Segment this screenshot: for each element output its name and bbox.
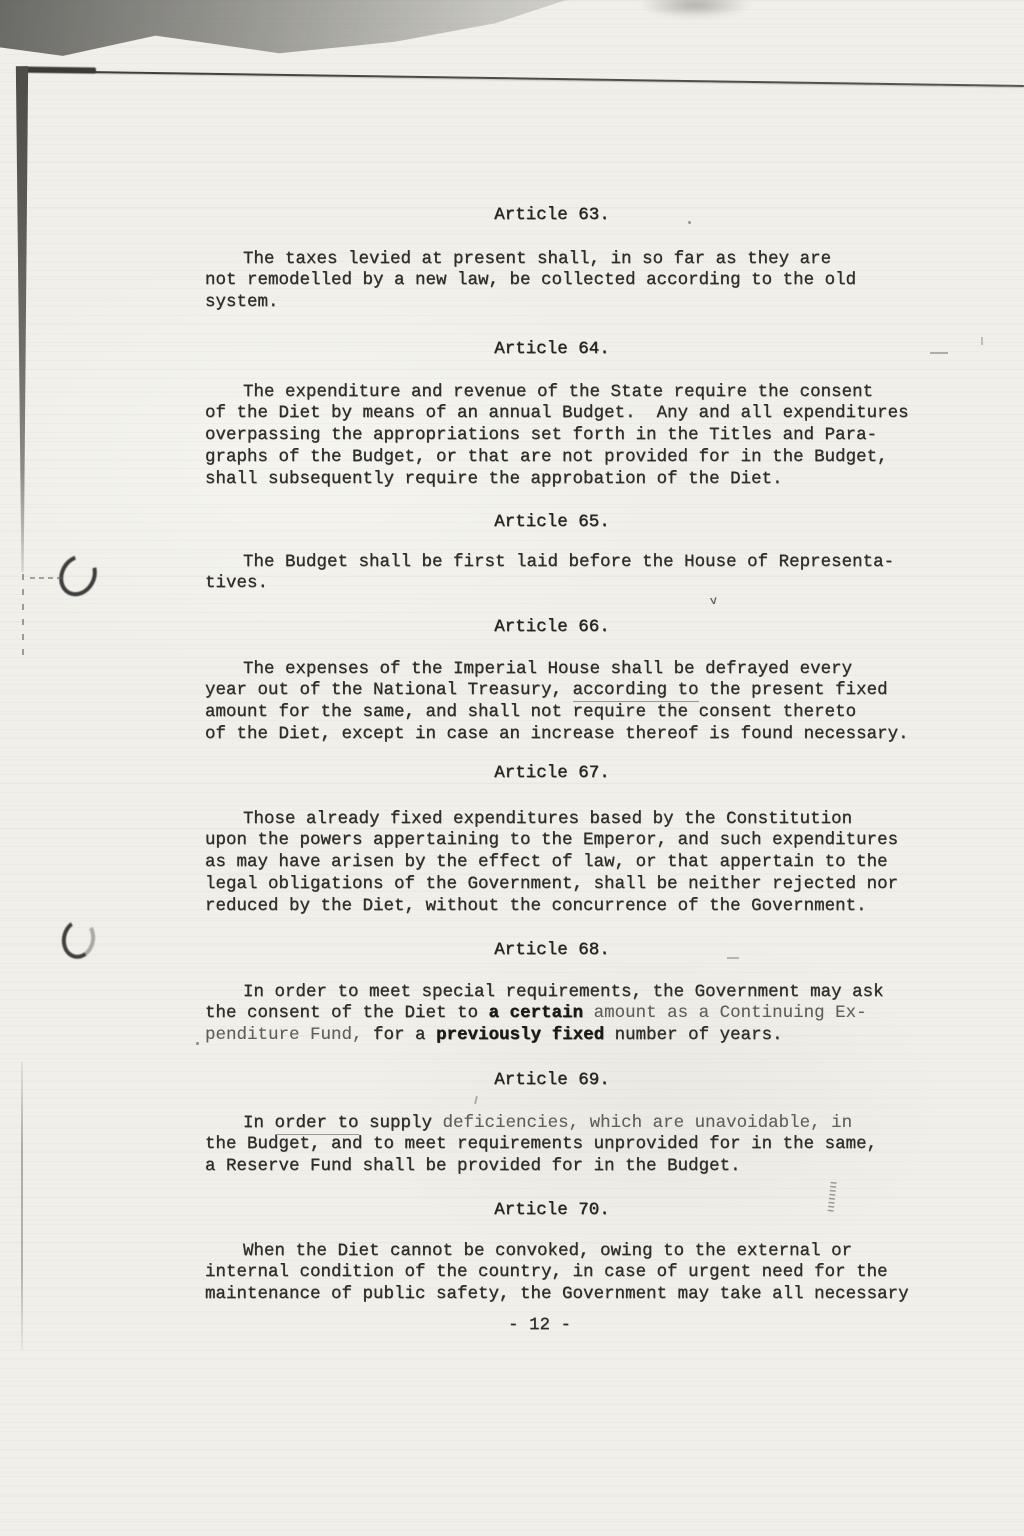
text-line: penditure Fund, for a previously fixed n… [205,1025,921,1047]
pen-mark-dash [30,577,65,579]
article-64-section: Article 64. The expenditure and revenue … [205,339,921,490]
text-line: of the Diet, except in case an increase … [205,724,921,746]
article-63-section: Article 63. The taxes levied at present … [205,205,921,314]
article-68-heading: Article 68. [194,940,910,962]
text-line: legal obligations of the Government, sha… [205,874,921,896]
text-line: The taxes levied at present shall, in so… [205,249,921,271]
top-scanner-shadow-blob [640,0,750,18]
text-line: graphs of the Budget, or that are not pr… [205,447,921,469]
text-line: The expenditure and revenue of the State… [205,382,921,404]
article-69-paragraph: In order to supply deficiencies, which a… [205,1113,921,1178]
text-line: shall subsequently require the approbati… [205,469,921,491]
article-66-section: Article 66. The expenses of the Imperial… [205,617,921,746]
article-66-heading: Article 66. [194,617,910,639]
article-70-section: Article 70. When the Diet cannot be conv… [205,1200,921,1306]
text-line: overpassing the appropriations set forth… [205,425,921,447]
text-line: In order to supply deficiencies, which a… [205,1113,921,1135]
article-63-paragraph: The taxes levied at present shall, in so… [205,249,921,314]
article-63-heading: Article 63. [194,205,910,227]
article-65-paragraph: The Budget shall be first laid before th… [205,552,921,595]
article-64-paragraph: The expenditure and revenue of the State… [205,382,921,491]
article-70-paragraph: When the Diet cannot be convoked, owing … [205,1241,921,1306]
text-line: reduced by the Diet, without the concurr… [205,896,921,918]
pen-mark-upper [52,548,104,603]
article-65-heading: Article 65. [194,512,910,534]
page-number: - 12 - [508,1315,571,1337]
text-line: year out of the National Treasury, accor… [205,680,921,702]
article-69-heading: Article 69. [194,1070,910,1092]
stray-dot [196,1042,199,1045]
pen-mark-lower [58,916,99,962]
article-67-heading: Article 67. [194,763,910,785]
article-68-paragraph: In order to meet special requirements, t… [205,982,921,1047]
text-line: a Reserve Fund shall be provided for in … [205,1156,921,1178]
stray-dash [930,352,948,354]
text-line: The expenses of the Imperial House shall… [205,659,921,681]
left-scan-bar-fade [22,574,24,664]
article-66-paragraph: The expenses of the Imperial House shall… [205,659,921,746]
top-scanner-shadow [0,0,750,62]
text-line: In order to meet special requirements, t… [205,982,921,1004]
text-line: of the Diet by means of an annual Budget… [205,403,921,425]
article-69-section: Article 69. In order to supply deficienc… [205,1070,921,1178]
stray-speck [981,337,983,345]
text-line: The Budget shall be first laid before th… [205,552,921,574]
top-horizontal-rule-end [22,66,96,73]
text-line: the consent of the Diet to a certain amo… [205,1003,921,1025]
text-line: When the Diet cannot be convoked, owing … [205,1241,921,1263]
text-line: as may have arisen by the effect of law,… [205,852,921,874]
article-70-heading: Article 70. [194,1200,910,1222]
article-65-section: Article 65. The Budget shall be first la… [205,512,921,595]
article-67-section: Article 67. Those already fixed expendit… [205,763,921,917]
article-68-section: Article 68. In order to meet special req… [205,940,921,1047]
text-line: internal condition of the country, in ca… [205,1262,921,1284]
top-horizontal-rule [22,70,1024,87]
scanned-document-page: v Article 63. The taxes levied at presen… [0,0,1024,1536]
text-line: upon the powers appertaining to the Empe… [205,830,921,852]
text-line: Those already fixed expenditures based b… [205,809,921,831]
text-line: not remodelled by a new law, be collecte… [205,270,921,292]
text-line: tives. [205,573,921,595]
article-67-paragraph: Those already fixed expenditures based b… [205,809,921,918]
check-tick-mark: v [709,594,718,609]
text-line: system. [205,292,921,314]
left-scan-bar [15,66,29,572]
article-64-heading: Article 64. [194,339,910,361]
text-line: the Budget, and to meet requirements unp… [205,1134,921,1156]
text-line: amount for the same, and shall not requi… [205,702,921,724]
text-line: maintenance of public safety, the Govern… [205,1284,921,1306]
left-crease-line [21,1062,23,1350]
